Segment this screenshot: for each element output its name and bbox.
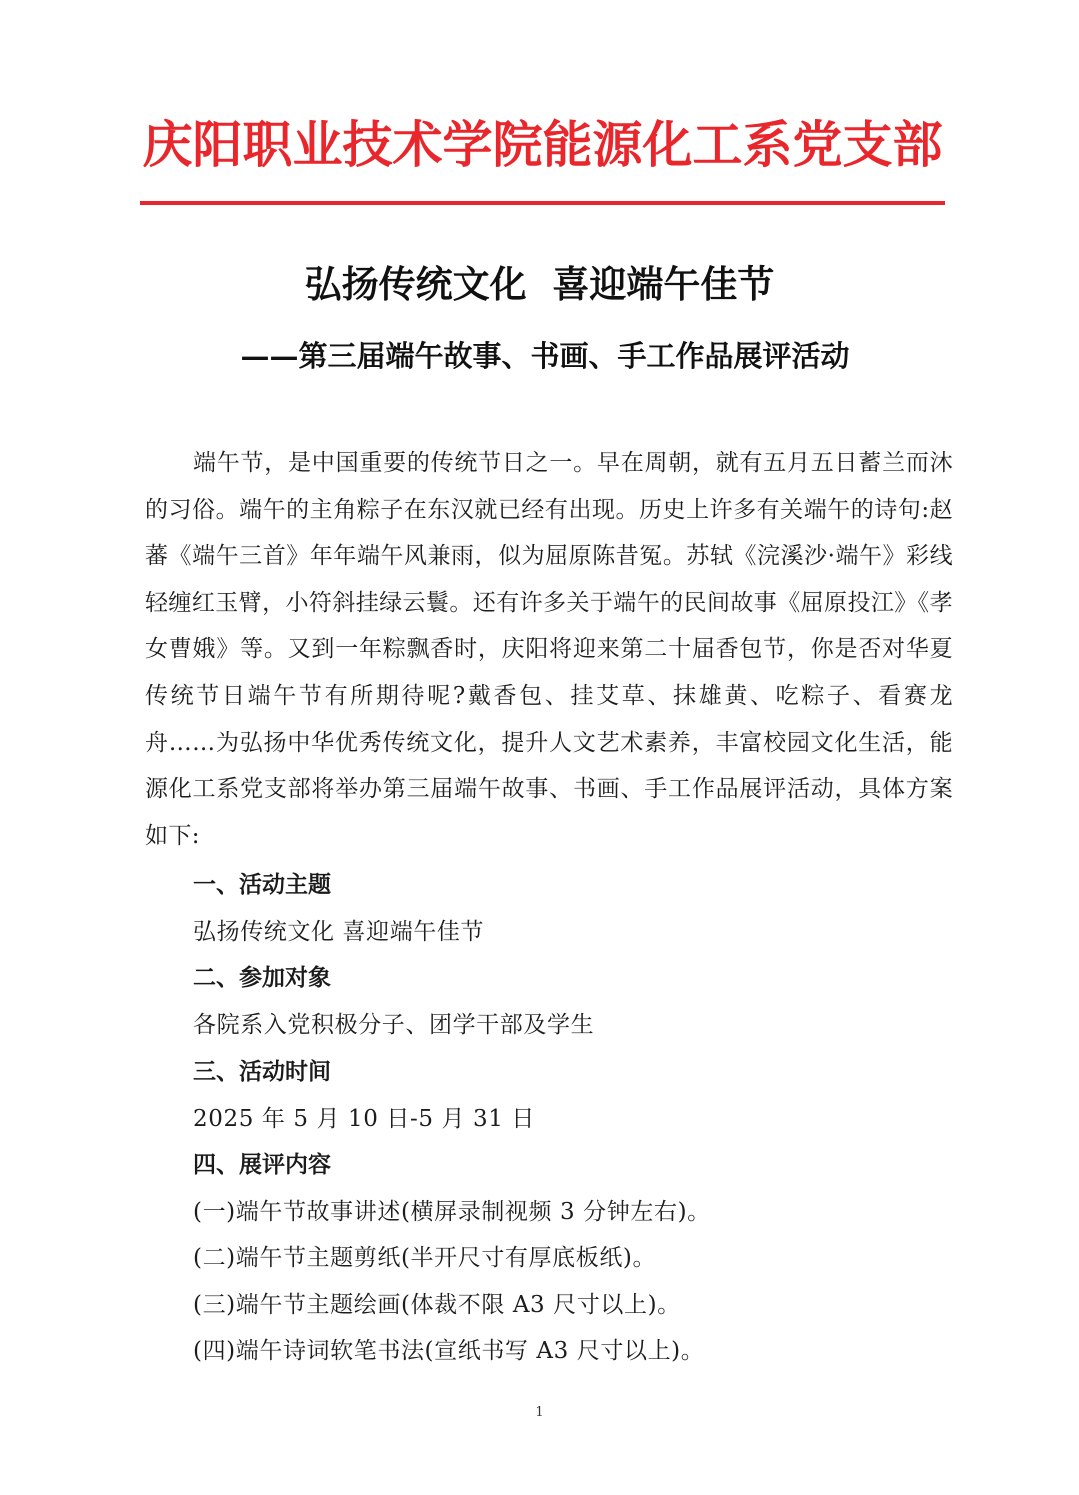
section-activity-time: 三、活动时间 2025 年 5 月 10 日-5 月 31 日 — [193, 1049, 953, 1142]
content-item-papercut: (二)端午节主题剪纸(半开尺寸有厚底板纸)。 — [193, 1235, 953, 1282]
intro-paragraph: 端午节，是中国重要的传统节日之一。早在周朝，就有五月五日蓄兰而沐的习俗。端午的主… — [145, 440, 953, 859]
content-item-story: (一)端午节故事讲述(横屏录制视频 3 分钟左右)。 — [193, 1189, 953, 1236]
document-title: 弘扬传统文化 喜迎端午佳节 — [0, 258, 1079, 310]
section-activity-theme: 一、活动主题 弘扬传统文化 喜迎端午佳节 — [193, 862, 953, 955]
section-line: 各院系入党积极分子、团学干部及学生 — [193, 1002, 953, 1049]
document-subtitle: ——第三届端午故事、书画、手工作品展评活动 — [140, 334, 950, 378]
section-heading: 二、参加对象 — [193, 955, 953, 1002]
header-divider — [140, 201, 945, 205]
content-item-calligraphy: (四)端午诗词软笔书法(宣纸书写 A3 尺寸以上)。 — [193, 1328, 953, 1375]
organization-header: 庆阳职业技术学院能源化工系党支部 — [140, 112, 945, 178]
page-number: 1 — [0, 1405, 1079, 1420]
section-participants: 二、参加对象 各院系入党积极分子、团学干部及学生 — [193, 955, 953, 1048]
section-heading: 三、活动时间 — [193, 1049, 953, 1096]
section-heading: 四、展评内容 — [193, 1142, 953, 1189]
section-line: 2025 年 5 月 10 日-5 月 31 日 — [193, 1096, 953, 1143]
section-line: 弘扬传统文化 喜迎端午佳节 — [193, 909, 953, 956]
section-heading: 一、活动主题 — [193, 862, 953, 909]
content-item-painting: (三)端午节主题绘画(体裁不限 A3 尺寸以上)。 — [193, 1282, 953, 1329]
section-exhibition-content: 四、展评内容 (一)端午节故事讲述(横屏录制视频 3 分钟左右)。 (二)端午节… — [193, 1142, 953, 1375]
